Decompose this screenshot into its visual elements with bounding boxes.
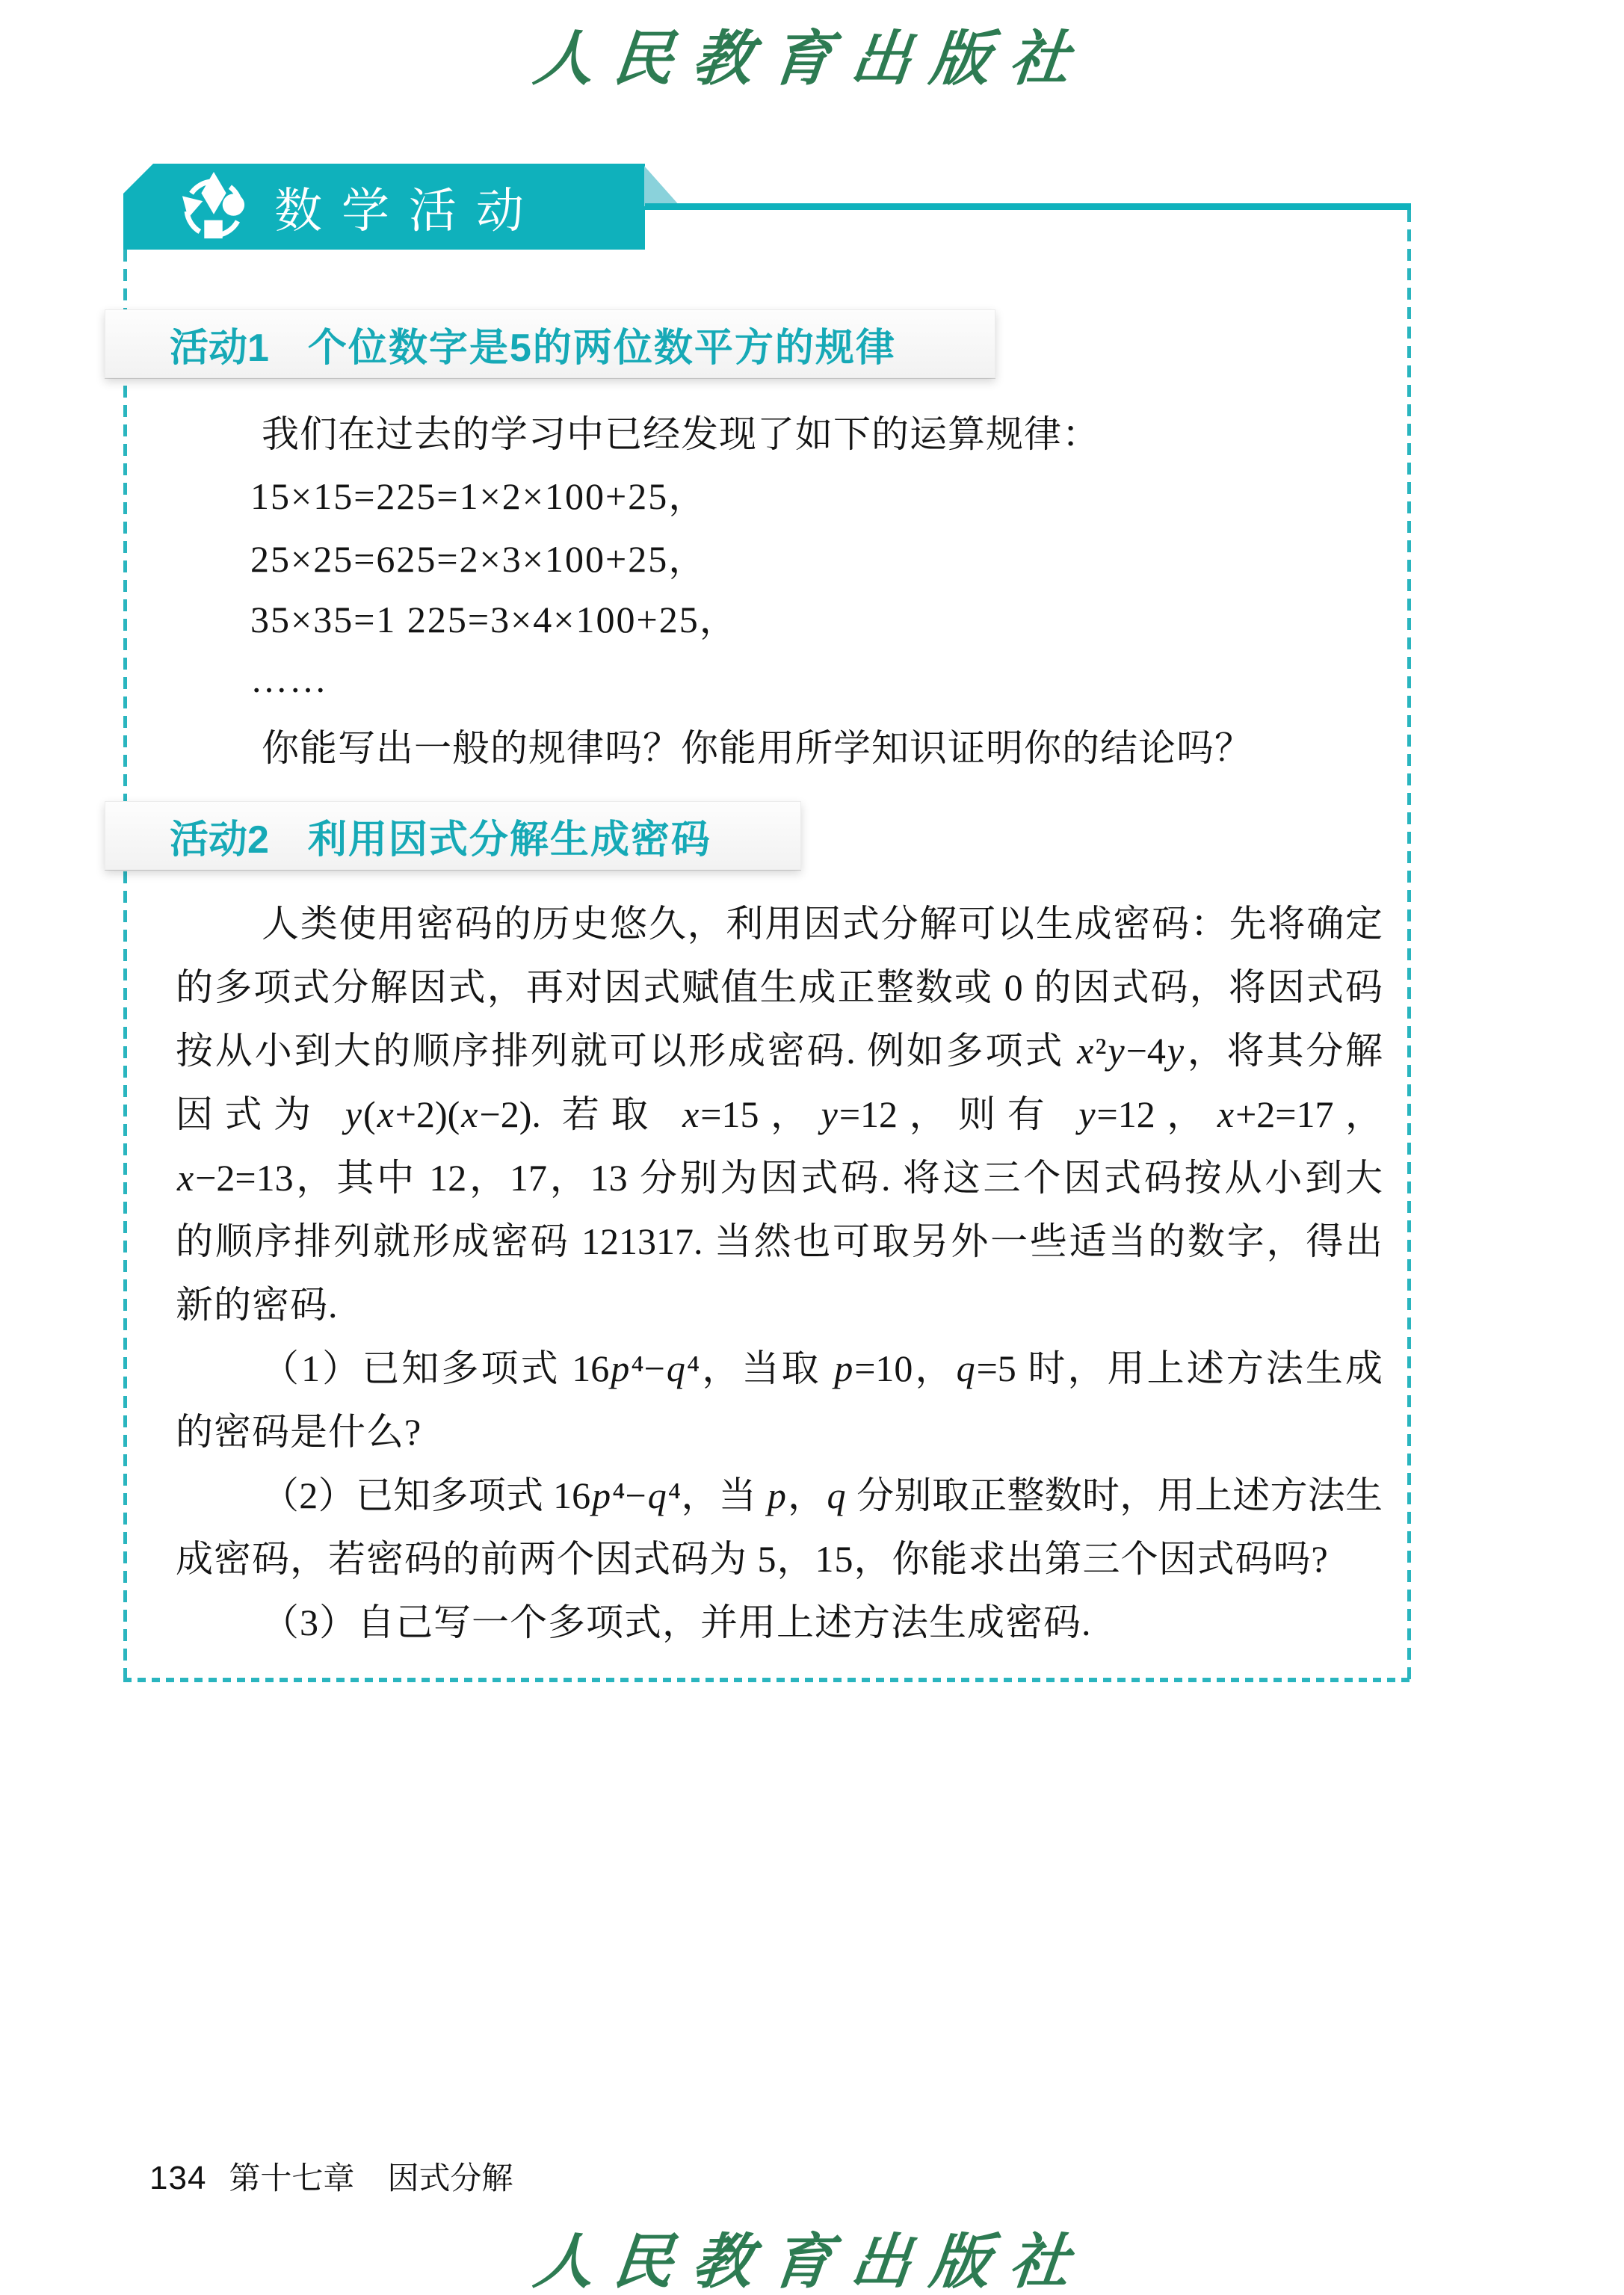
textbook-page: 人民教育出版社 数学活动 活动1 个位数字是5的两位数平方的规律 活动2 利用因… <box>0 0 1624 2295</box>
frame-left-dashed-border <box>123 250 127 1682</box>
chapter-title: 第十七章 <box>229 2162 354 2196</box>
frame-right-dashed-border <box>1407 210 1411 1682</box>
activity1-text-line: 15×15=225=1×2×100+25， <box>250 473 707 519</box>
page-number: 134 <box>149 2160 206 2196</box>
activity2-text-line: （3）自己写一个多项式，并用上述方法生成密码. <box>262 1599 1092 1646</box>
activity1-number: 活动1 <box>170 316 269 372</box>
activity2-text-line: 新的密码. <box>176 1282 339 1328</box>
activity2-text-line: x−2=13，其中 12，17，13 分别为因式码. 将这三个因式码按从小到大 <box>176 1155 1383 1201</box>
section-banner-title: 数学活动 <box>274 173 543 241</box>
activity2-text-line: 的密码是什么? <box>176 1409 422 1455</box>
publisher-logo-bottom: 人民教育出版社 <box>0 2214 1624 2295</box>
frame-bottom-dashed-border <box>123 1678 1411 1682</box>
activity1-text-line: …… <box>250 656 328 702</box>
activity2-text-line: 按从小到大的顺序排列就可以形成密码. 例如多项式 x²y−4y，将其分解 <box>176 1028 1383 1074</box>
activity1-text-line: 25×25=625=2×3×100+25， <box>250 536 707 582</box>
activity2-text-line: 人类使用密码的历史悠久，利用因式分解可以生成密码：先将确定 <box>262 901 1383 947</box>
activity2-number: 活动2 <box>170 808 269 864</box>
activity2-text-line: 成密码，若密码的前两个因式码为 5，15，你能求出第三个因式码吗? <box>176 1536 1329 1582</box>
activity1-heading: 活动1 个位数字是5的两位数平方的规律 <box>105 309 995 378</box>
chapter-section: 因式分解 <box>387 2162 513 2196</box>
page-footer: 134 第十七章 因式分解 <box>149 2160 513 2197</box>
activity2-text-line: 的顺序排列就形成密码 121317. 当然也可取另外一些适当的数字，得出 <box>176 1218 1383 1264</box>
activity1-title: 个位数字是5的两位数平方的规律 <box>308 316 896 372</box>
activity2-text-line: 的多项式分解因式，再对因式赋值生成正整数或 0 的因式码，将因式码 <box>176 964 1383 1010</box>
publisher-logo-top: 人民教育出版社 <box>0 10 1624 96</box>
activity-cycle-icon <box>180 172 247 242</box>
activity2-text-line: （1）已知多项式 16p⁴−q⁴，当取 p=10，q=5 时，用上述方法生成 <box>262 1345 1383 1391</box>
activity1-text-line: 我们在过去的学习中已经发现了如下的运算规律： <box>262 411 1100 457</box>
activity2-text-line: （2）已知多项式 16p⁴−q⁴，当 p，q 分别取正整数时，用上述方法生 <box>262 1472 1383 1519</box>
activity1-text-line: 35×35=1 225=3×4×100+25， <box>250 596 738 643</box>
banner-corner-decoration <box>644 166 680 206</box>
frame-top-rule <box>645 203 1411 210</box>
activity2-heading: 活动2 利用因式分解生成密码 <box>105 801 801 870</box>
activity2-title: 利用因式分解生成密码 <box>308 808 711 864</box>
activity2-text-line: 因式为 y(x+2)(x−2). 若取 x=15，y=12，则有 y=12，x+… <box>176 1091 1383 1137</box>
activity1-text-line: 你能写出一般的规律吗？你能用所学知识证明你的结论吗？ <box>262 725 1253 771</box>
section-banner: 数学活动 <box>123 164 645 250</box>
